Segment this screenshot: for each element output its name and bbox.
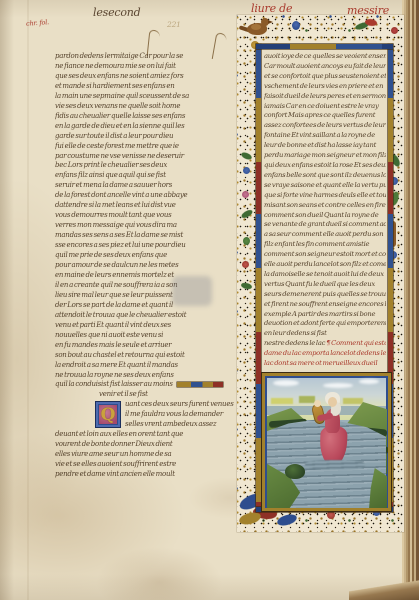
manuscript-text-line: que si forte vine harmes deuls elle et t…: [264, 191, 386, 201]
blue-flower-icon: [292, 21, 300, 30]
manuscript-text-line: assez confortees de leurs vertus de leur: [264, 121, 386, 131]
infant-lancelot-face: [314, 400, 321, 407]
manuscript-text-line: exemple A partir des martirs si bone: [264, 310, 386, 320]
cloud: [273, 380, 299, 386]
manuscript-text-line: vie ses deux venans ne quelle soit home: [55, 102, 238, 112]
manuscript-text-line: deuotion et adont ferte qui emporterent: [264, 319, 386, 329]
distant-field: [299, 396, 315, 403]
red-flower-icon: [327, 511, 335, 519]
green-leaf-icon: [240, 281, 252, 290]
manuscript-text-line: vschement de leurs vies en priere et en: [264, 82, 386, 92]
manuscript-text-line: qui deux enfans estoit la rose Et ses de…: [264, 161, 386, 171]
manuscript-text-line: a sa seur comment elle auoit perdu son: [264, 230, 386, 240]
manuscript-text-line: vertus Quant fu le dueil que les deux: [264, 280, 386, 290]
manuscript-text-line: iamais Car en ce doiuent estre le vray: [264, 102, 386, 112]
manuscript-text-line: enfans belle sont que sont ilz deuenus l…: [264, 171, 386, 181]
green-bud-icon: [243, 237, 250, 245]
folio-number: 221: [167, 20, 181, 29]
manuscript-text-line: vous demourres moult tant que vous: [55, 211, 238, 221]
manuscript-text-line: attendoit le trouua que le cheualier est…: [55, 311, 238, 321]
manuscript-text-line: comment son dueil Quant la royne de: [264, 211, 386, 221]
manuscript-text-line: seurs demenerent puis quelles se trouuer…: [264, 290, 386, 300]
manuscript-text-line: par coustume ne vse venisse ne deseruir: [55, 152, 238, 162]
manuscript-text-line: confort Mais apres ce quelles furent: [264, 111, 386, 121]
manuscript-text-line: son bout au chastel et retourna qui esto…: [55, 351, 238, 361]
miniature-painting: [262, 373, 391, 511]
manuscript-text-line: se venante de grant dueil si comment ado…: [264, 220, 386, 230]
rubric-line: dame du lac emporta lancelot dedens le: [264, 349, 386, 359]
manuscript-text-line: sse encores a ses piez et lui une pour d…: [55, 241, 238, 251]
manuscript-text-line: enfans filz ainsi que aquil qui se fist: [55, 171, 238, 181]
drop-cap-initial: Q: [96, 402, 120, 427]
bush: [285, 464, 305, 479]
manuscript-text-line: perdu mariage mon seigneur et mon filz: [264, 151, 386, 161]
rubric-inline: ¶ Comment qui estoit: [325, 339, 386, 347]
manuscript-text-line: elles viure ame seur un homme de sa: [55, 450, 238, 460]
manuscript-text-line: en la garde de dieu et en la sienne quil…: [55, 122, 238, 132]
manuscript-text-line: pardon dedens lermitaige Car pour la se: [55, 52, 238, 62]
manuscript-text-line: comment son seigneur estoit mort et come: [264, 250, 386, 260]
waterline-over-gown: [305, 460, 365, 470]
manuscript-text-line: fui elle de ceste forest me mettre que i…: [55, 142, 238, 152]
manuscript-text-line: pendre et dame vint ancien elle moult: [55, 470, 238, 480]
pink-flower-icon: [242, 191, 249, 198]
manuscript-text-line: misant son seans et contre celles en fir…: [264, 201, 386, 211]
manuscript-text-line: auoit ioye de ce quelles se veoient ense…: [264, 52, 386, 62]
manuscript-text-line: vourent de bonte donner Dieux dient: [55, 440, 238, 450]
red-flower-icon: [242, 261, 249, 268]
manuscript-text-line: leur de bonne et dist ha lasse iay tant: [264, 141, 386, 151]
manuscript-text-line: la main une sepmaine quil sceussent de s…: [55, 92, 238, 102]
manuscript-text-line: seruir et mena la dame a sauuer hors: [55, 181, 238, 191]
manuscript-text-line: il me fauldra vous la demander: [55, 410, 238, 420]
manuscript-text-line: nestre dedens le lac ¶ Comment qui estoi…: [264, 339, 386, 349]
manuscript-text-line: deuant et loin aux elles en orent tant q…: [55, 430, 238, 440]
bird-wing: [251, 24, 261, 30]
manuscript-text-line: et mande si hardiement ses enfans en: [55, 82, 238, 92]
cloud: [323, 383, 353, 388]
manuscript-text-line: mandas ses sens a ses Et la dame se mist: [55, 231, 238, 241]
manuscript-text-line: elle auoit perdu lancelot son filz et co…: [264, 260, 386, 270]
manuscript-text-line: venir et il se fist: [55, 390, 238, 400]
lady-of-the-lake-face: [328, 397, 337, 407]
librarian-annotation: chr. fol.: [26, 18, 50, 28]
manuscript-text-line: la damoiselle se tenoit auoit lui de deu…: [264, 270, 386, 280]
manuscript-text-line: garde sur toute il dist a leur pour dieu: [55, 132, 238, 142]
manuscript-text-line: filz enfant les fin comment amistie: [264, 240, 386, 250]
line-filler: [177, 382, 223, 387]
manuscript-text-line: faisoit dueil de leurs peres et en sermo…: [264, 92, 386, 102]
running-header-left: lesecond: [93, 6, 141, 19]
book-fore-edge-corner: [349, 574, 419, 600]
frame-bar-top: [256, 44, 393, 49]
manuscript-text-line: de la forest dont ancelle vint a une abb…: [55, 191, 238, 201]
manuscript-text-line: selles vrent ambedeux assez: [55, 420, 238, 430]
cloud: [359, 379, 379, 384]
manuscript-text-line: pour amour de se daulcun ne les metes: [55, 261, 238, 271]
manuscript-text-line: et firent ne souffrent enseigne encores …: [264, 300, 386, 310]
manuscript-text-line: que ses deux enfans ne soient amiez fors: [55, 72, 238, 82]
distant-field: [271, 398, 293, 404]
manuscript-text-line: bec Lors print le cheualier ses deux: [55, 161, 238, 171]
red-berry-icon: [391, 27, 398, 34]
manuscript-text-line: la endroit a sa mere Et quant il mandas: [55, 361, 238, 371]
manuscript-text-line: fidis au cheualier quelle laisse ses enf…: [55, 112, 238, 122]
frame-bar-left: [256, 44, 261, 512]
ink-smudge: [172, 276, 212, 306]
manuscript-text-line: ne fiance ne demoura mie se on lui fait: [55, 62, 238, 72]
distant-field: [343, 398, 363, 404]
drop-cap-letter: Q: [96, 402, 120, 427]
manuscript-text-line: ne trouua la royne ne ses deux enfans: [55, 371, 238, 381]
manuscript-text-line: vie et se elles auoient souffrirent estr…: [55, 460, 238, 470]
manuscript-text-line: venu et parti Et quant il vint deux ses: [55, 321, 238, 331]
manuscript-text-line: dattendre si la met leans et lui dist vu…: [55, 201, 238, 211]
bird-beak: [268, 20, 273, 24]
manuscript-page-photo: chr. fol. lesecond 221 liure de messire …: [0, 0, 419, 600]
left-column-lines: pardon dedens lermitaige Car pour la sen…: [55, 52, 238, 480]
manuscript-text-line: en leur dedens si fist: [264, 329, 386, 339]
blue-acanthus-icon: [276, 513, 297, 526]
book-fore-edge: [402, 0, 419, 600]
manuscript-text-line: Car moult auoient ancoys eu fait de leur: [264, 62, 386, 72]
manuscript-text-line: verres mon messaige qui vous dira ma: [55, 221, 238, 231]
rubric-line: lac dont sa mere ot merueilleux dueil: [264, 359, 386, 369]
manuscript-text-line: nouuelles que ni auoit este venu si: [55, 331, 238, 341]
manuscript-text-line: uant ces deux seurs furent venues: [55, 400, 238, 410]
right-column-lines: auoit ioye de ce quelles se veoient ense…: [264, 52, 386, 369]
manuscript-text-line: quil la conduisist fist laisser au moins: [55, 380, 238, 390]
parchment-fold-line: [27, 0, 29, 600]
gold-acanthus-icon: [238, 512, 261, 526]
manuscript-text-line: quil me prie de ses deux enfans que: [55, 251, 238, 261]
blue-flower-icon: [243, 167, 250, 174]
running-header-center: liure de: [251, 2, 292, 15]
manuscript-text-line: et se confortoit que plus seustenoient e…: [264, 72, 386, 82]
manuscript-text-line: fontaine Et vint saillant a la royne de: [264, 131, 386, 141]
green-leaf-icon: [240, 151, 253, 162]
manuscript-text-line: en fu mandes mais le seule et arriuer: [55, 341, 238, 351]
green-leaf-icon: [240, 209, 253, 219]
manuscript-text-line: se vraye saisone et quant elle la vertu …: [264, 181, 386, 191]
